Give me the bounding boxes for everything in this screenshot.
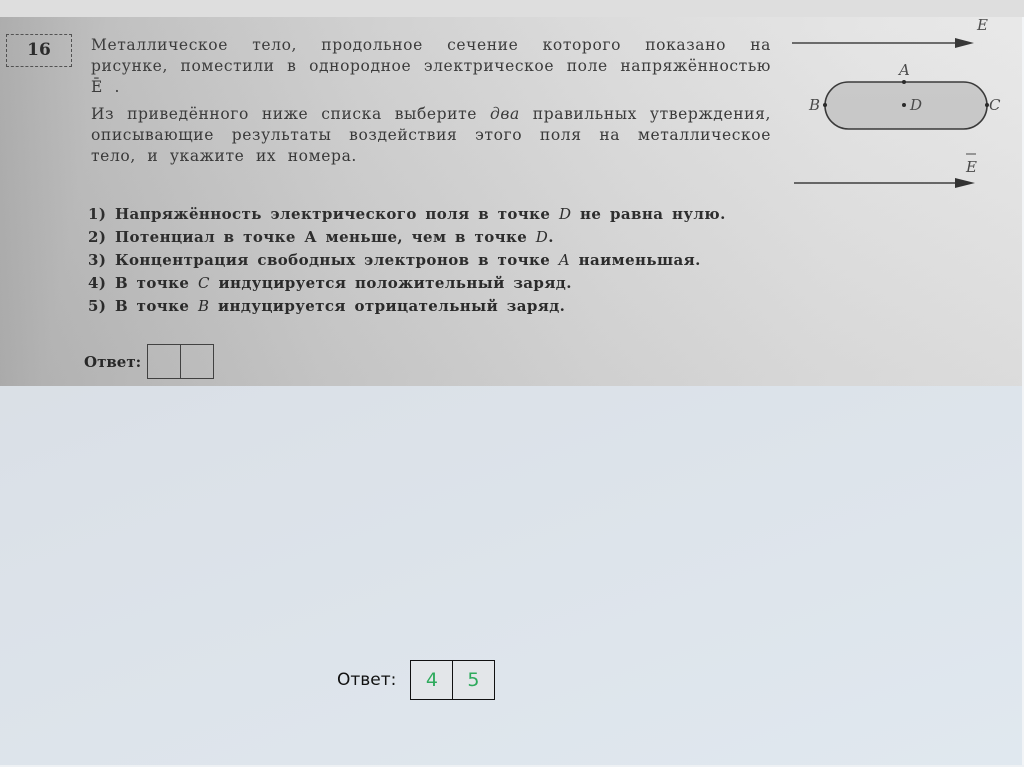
option-2: 2) Потенциал в точке А меньше, чем в точ… — [88, 226, 848, 249]
point-c-label: C — [989, 96, 1001, 114]
photo-answer-cell — [147, 344, 181, 379]
option-1: 1) Напряжённость электрического поля в т… — [88, 203, 848, 226]
task-photo: 16 Металлическое тело, продольное сечени… — [0, 17, 1022, 386]
answer-label: Ответ: — [337, 670, 396, 690]
task-intro: Металлическое тело, продольное сечение к… — [91, 35, 781, 173]
intro-paragraph-1: Металлическое тело, продольное сечение к… — [91, 35, 771, 98]
emphasis-word: два — [490, 105, 520, 123]
point-a-dot — [902, 80, 906, 84]
point-a-label: A — [897, 61, 910, 79]
point-b-label: B — [808, 96, 820, 114]
options-list: 1) Напряжённость электрического поля в т… — [88, 203, 848, 318]
option-5: 5) В точке B индуцируется отрицательный … — [88, 295, 848, 318]
photo-answer-cell — [180, 344, 214, 379]
top-strip — [0, 0, 1024, 17]
arrow-head-top-icon — [955, 38, 974, 48]
metal-body — [825, 82, 987, 129]
point-d-dot — [902, 103, 906, 107]
answer-row: Ответ: 4 5 — [337, 660, 493, 700]
answer-cell-2: 5 — [452, 660, 495, 700]
answer-cell-1: 4 — [410, 660, 453, 700]
point-d-label: D — [909, 96, 922, 114]
photo-answer-label: Ответ: — [84, 353, 141, 371]
intro-text: Из приведённого ниже списка выберите — [91, 105, 490, 123]
photo-answer-cells — [147, 344, 212, 379]
field-label-top: E — [976, 17, 988, 34]
photo-answer-row: Ответ: — [84, 344, 212, 379]
option-4: 4) В точке C индуцируется положительный … — [88, 272, 848, 295]
task-number-box: 16 — [6, 34, 72, 67]
arrow-head-bottom-icon — [955, 178, 975, 188]
field-label-bottom: E — [965, 158, 977, 176]
option-3: 3) Концентрация свободных электронов в т… — [88, 249, 848, 272]
point-b-dot — [823, 103, 827, 107]
intro-paragraph-2: Из приведённого ниже списка выберите два… — [91, 104, 771, 167]
answer-cells: 4 5 — [410, 660, 493, 700]
field-diagram: E A B C D E — [780, 17, 1022, 197]
